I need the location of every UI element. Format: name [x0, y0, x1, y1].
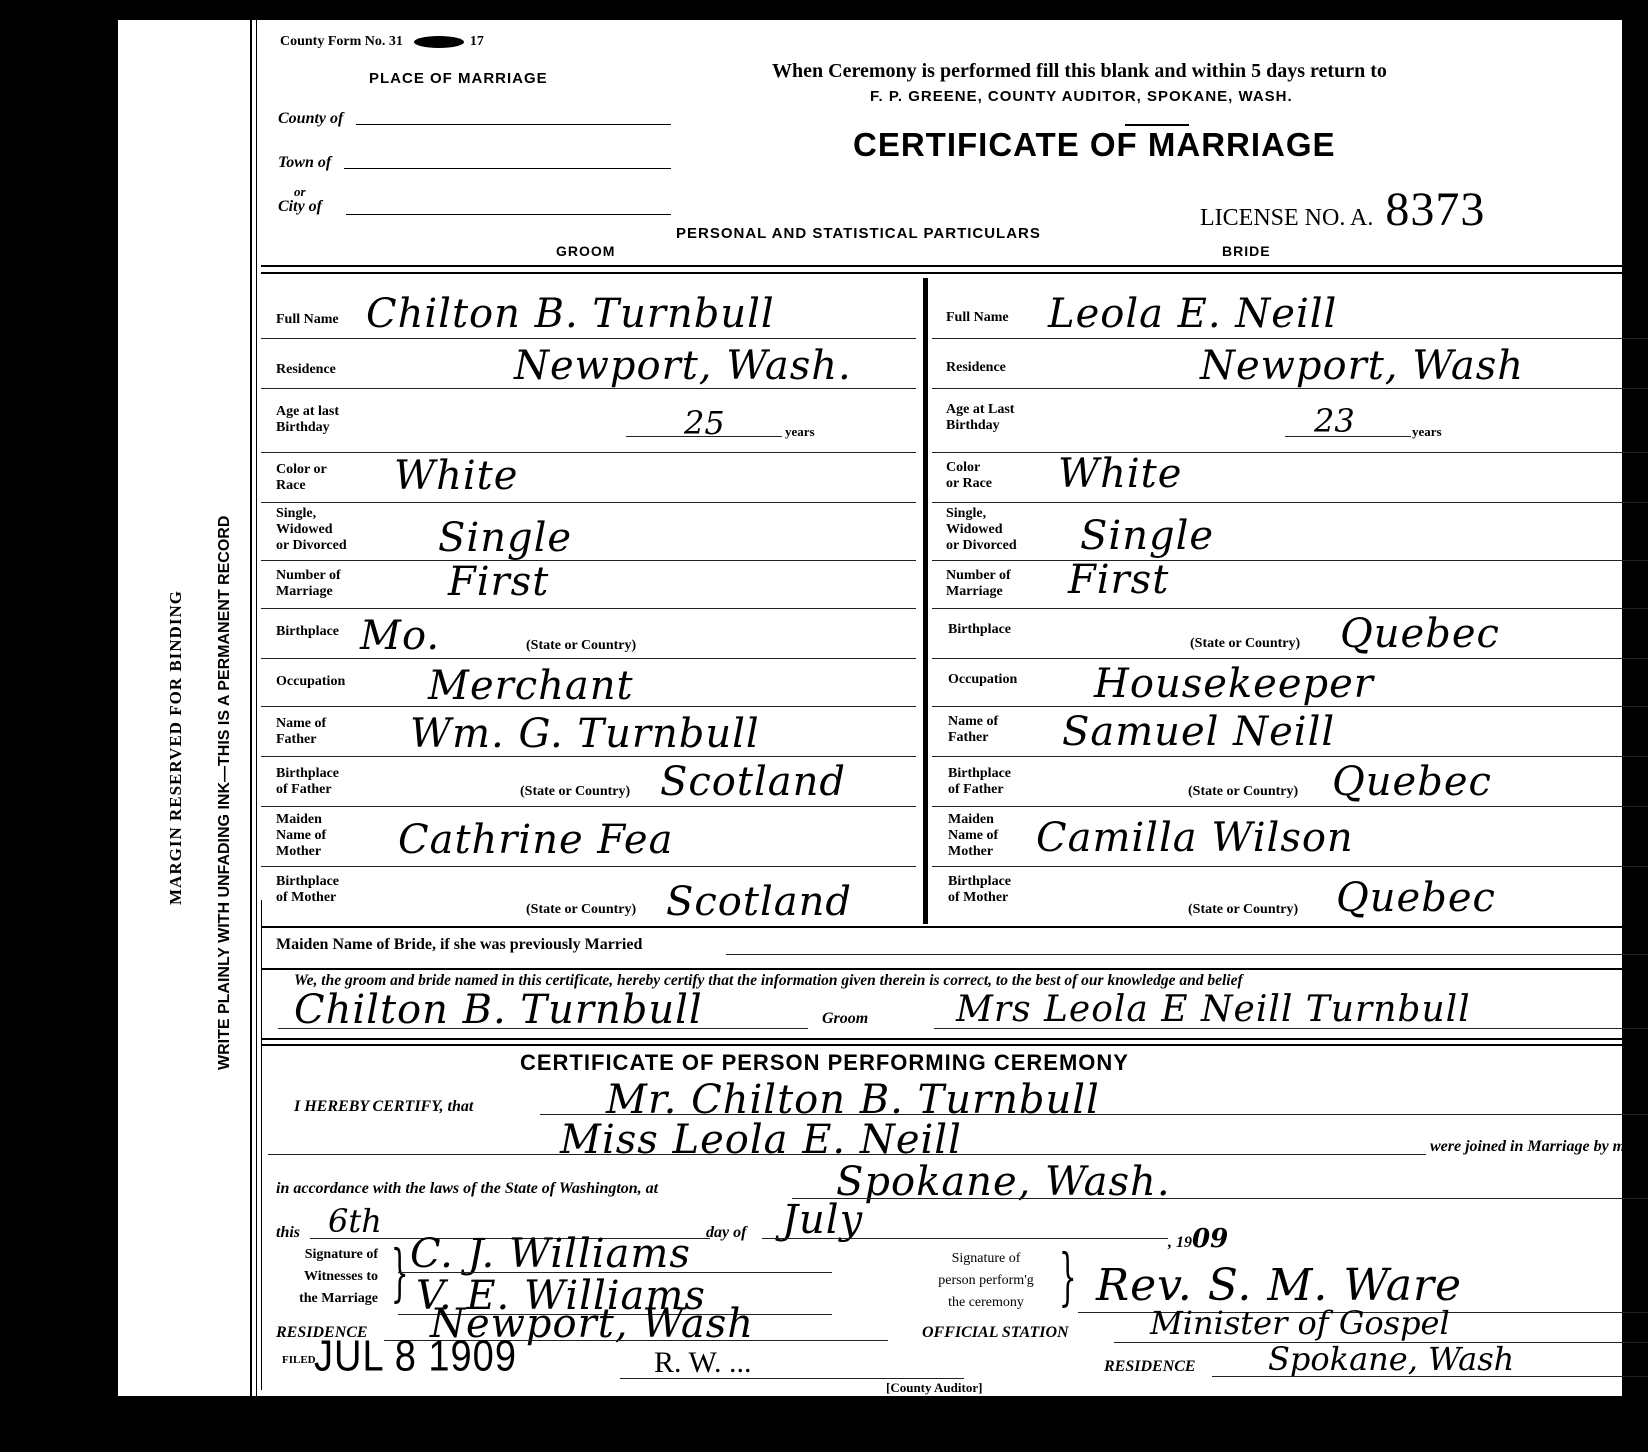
bride-heading: BRIDE	[1222, 243, 1271, 259]
bride-father-name-label: Name of Father	[948, 714, 998, 746]
left-border	[250, 20, 252, 1396]
bride-years-label: years	[1412, 424, 1442, 440]
groom-father-birthplace[interactable]: Scotland	[660, 762, 846, 802]
groom-full-name[interactable]: Chilton B. Turnbull	[366, 294, 775, 334]
center-divider	[923, 278, 928, 924]
groom-years-label: years	[785, 424, 815, 440]
bride-birthplace-hint: (State or Country)	[1190, 636, 1300, 652]
official-station[interactable]: Minister of Gospel	[1150, 1306, 1450, 1340]
bride-marital-status[interactable]: Single	[1080, 516, 1214, 556]
groom-number-of-marriage-label: Number of Marriage	[276, 568, 341, 600]
groom-mother-maiden-name[interactable]: Cathrine Fea	[398, 820, 673, 860]
groom-father-birthplace-label: Birthplace of Father	[276, 766, 339, 798]
bride-occupation-label: Occupation	[948, 672, 1017, 688]
bride-mother-maiden-name[interactable]: Camilla Wilson	[1036, 818, 1354, 858]
groom-heading: GROOM	[556, 243, 615, 259]
bride-birthplace[interactable]: Quebec	[1340, 614, 1500, 654]
bride-father-birthplace[interactable]: Quebec	[1332, 762, 1492, 802]
return-instruction: When Ceremony is performed fill this bla…	[772, 60, 1387, 83]
bride-age[interactable]: 23	[1314, 404, 1355, 438]
license-label: LICENSE NO. A.	[1200, 205, 1373, 231]
ceremony-day[interactable]: 6th	[328, 1204, 382, 1238]
bride-signature[interactable]: Mrs Leola E Neill Turnbull	[956, 990, 1471, 1030]
groom-father-name[interactable]: Wm. G. Turnbull	[410, 714, 760, 754]
groom-color-label: Color or Race	[276, 462, 327, 494]
year-field: , 1909	[1168, 1222, 1228, 1256]
groom-mother-maiden-name-label: Maiden Name of Mother	[276, 812, 326, 860]
certificate-title: CERTIFICATE OF MARRIAGE	[853, 126, 1336, 164]
groom-mother-birthplace[interactable]: Scotland	[666, 882, 852, 922]
previous-marriage-field[interactable]	[726, 954, 1648, 955]
bride-full-name[interactable]: Leola E. Neill	[1048, 294, 1337, 334]
groom-mother-birthplace-hint: (State or Country)	[526, 902, 636, 918]
groom-marital-status[interactable]: Single	[438, 518, 572, 558]
bride-residence[interactable]: Newport, Wash	[1200, 346, 1524, 386]
groom-signature-label: Groom	[822, 1010, 868, 1028]
bride-marital-label: Single, Widowed or Divorced	[946, 506, 1017, 554]
bride-color[interactable]: White	[1058, 454, 1182, 494]
license-number: 8373	[1385, 183, 1485, 236]
form-emblem-icon	[414, 36, 464, 48]
county-form-number: County Form No. 31 17	[280, 34, 484, 50]
city-of-label: City of	[278, 198, 322, 216]
witness-label: Signature of Witnesses to the Marriage	[278, 1244, 378, 1310]
particulars-bottom-rule	[261, 926, 1648, 928]
bride-father-name[interactable]: Samuel Neill	[1062, 712, 1335, 752]
margin-binding-note: MARGIN RESERVED FOR BINDING	[166, 590, 186, 905]
bride-full-name-label: Full Name	[946, 310, 1009, 326]
previous-marriage-label: Maiden Name of Bride, if she was previou…	[276, 936, 642, 954]
bride-color-label: Color or Race	[946, 460, 992, 492]
witness-brace-icon: }	[391, 1242, 409, 1304]
ceremony-year[interactable]: 09	[1192, 1224, 1228, 1254]
auditor-signature: R. W. ...	[654, 1346, 752, 1380]
official-station-label: OFFICIAL STATION	[922, 1324, 1069, 1342]
groom-marital-label: Single, Widowed or Divorced	[276, 506, 347, 554]
groom-mother-birthplace-label: Birthplace of Mother	[276, 874, 339, 906]
groom-occupation-label: Occupation	[276, 674, 345, 690]
ceremony-month[interactable]: July	[782, 1200, 863, 1240]
bride-residence-label: Residence	[946, 360, 1006, 376]
bride-age-label: Age at Last Birthday	[946, 402, 1014, 434]
officiant-residence[interactable]: Spokane, Wash	[1268, 1342, 1514, 1376]
county-of-label: County of	[278, 110, 343, 128]
groom-signature[interactable]: Chilton B. Turnbull	[294, 990, 703, 1030]
officiant-brace-icon: }	[1059, 1246, 1077, 1308]
town-of-label: Town of	[278, 154, 331, 172]
groom-occupation[interactable]: Merchant	[428, 666, 634, 706]
groom-birthplace[interactable]: Mo.	[360, 616, 440, 656]
town-of-field[interactable]	[344, 168, 671, 169]
city-of-field[interactable]	[346, 214, 671, 215]
ceremony-place[interactable]: Spokane, Wash.	[836, 1162, 1171, 1202]
filed-label: FILED	[282, 1354, 316, 1366]
bride-number-of-marriage[interactable]: First	[1068, 560, 1169, 600]
certify-label: I HEREBY CERTIFY, that	[294, 1098, 473, 1116]
county-of-field[interactable]	[356, 124, 671, 125]
groom-color[interactable]: White	[394, 456, 518, 496]
bride-mother-birthplace-label: Birthplace of Mother	[948, 874, 1011, 906]
day-of-label: day of	[706, 1224, 746, 1242]
section-title: PERSONAL AND STATISTICAL PARTICULARS	[676, 225, 1041, 242]
witness-one-signature[interactable]: C. J. Williams	[410, 1234, 691, 1274]
filed-stamp: JUL 8 1909	[314, 1333, 517, 1382]
bride-father-birthplace-label: Birthplace of Father	[948, 766, 1011, 798]
bride-mother-birthplace-hint: (State or Country)	[1188, 902, 1298, 918]
table-top-rule-2	[261, 272, 1648, 274]
bride-father-birthplace-hint: (State or Country)	[1188, 784, 1298, 800]
left-border-lower	[261, 900, 262, 1390]
groom-residence-label: Residence	[276, 362, 336, 378]
ink-instruction-note: WRITE PLAINLY WITH UNFADING INK—THIS IS …	[216, 516, 234, 1070]
groom-number-of-marriage[interactable]: First	[448, 562, 549, 602]
this-label: this	[276, 1224, 300, 1242]
groom-age[interactable]: 25	[684, 406, 725, 440]
auditor-caption: [County Auditor]	[886, 1380, 982, 1396]
marriage-certificate: MARGIN RESERVED FOR BINDING WRITE PLAINL…	[118, 20, 1622, 1396]
laws-label: in accordance with the laws of the State…	[276, 1180, 658, 1198]
bride-birthplace-label: Birthplace	[948, 622, 1011, 638]
place-of-marriage-heading: PLACE OF MARRIAGE	[369, 70, 548, 87]
table-top-rule	[261, 265, 1648, 267]
bride-occupation[interactable]: Housekeeper	[1094, 664, 1374, 704]
bride-number-of-marriage-label: Number of Marriage	[946, 568, 1011, 600]
officiant-signature[interactable]: Rev. S. M. Ware	[1096, 1266, 1462, 1306]
auditor-address: F. P. GREENE, COUNTY AUDITOR, SPOKANE, W…	[870, 88, 1293, 105]
joined-label: were joined in Marriage by me	[1430, 1138, 1632, 1156]
license-number-field: LICENSE NO. A. 8373	[1200, 182, 1485, 237]
groom-birthplace-label: Birthplace	[276, 624, 339, 640]
groom-age-label: Age at last Birthday	[276, 404, 339, 436]
ceremony-heading: CERTIFICATE OF PERSON PERFORMING CEREMON…	[520, 1050, 1129, 1076]
groom-father-birthplace-hint: (State or Country)	[520, 784, 630, 800]
bride-mother-maiden-name-label: Maiden Name of Mother	[948, 812, 998, 860]
officiant-residence-label: RESIDENCE	[1104, 1358, 1196, 1376]
groom-birthplace-hint: (State or Country)	[526, 638, 636, 654]
groom-full-name-label: Full Name	[276, 312, 339, 328]
groom-residence[interactable]: Newport, Wash.	[514, 346, 852, 386]
groom-father-name-label: Name of Father	[276, 716, 326, 748]
bride-mother-birthplace[interactable]: Quebec	[1336, 878, 1496, 918]
left-border-inner	[256, 20, 257, 1396]
officiant-label: Signature of person perform'g the ceremo…	[924, 1248, 1048, 1314]
